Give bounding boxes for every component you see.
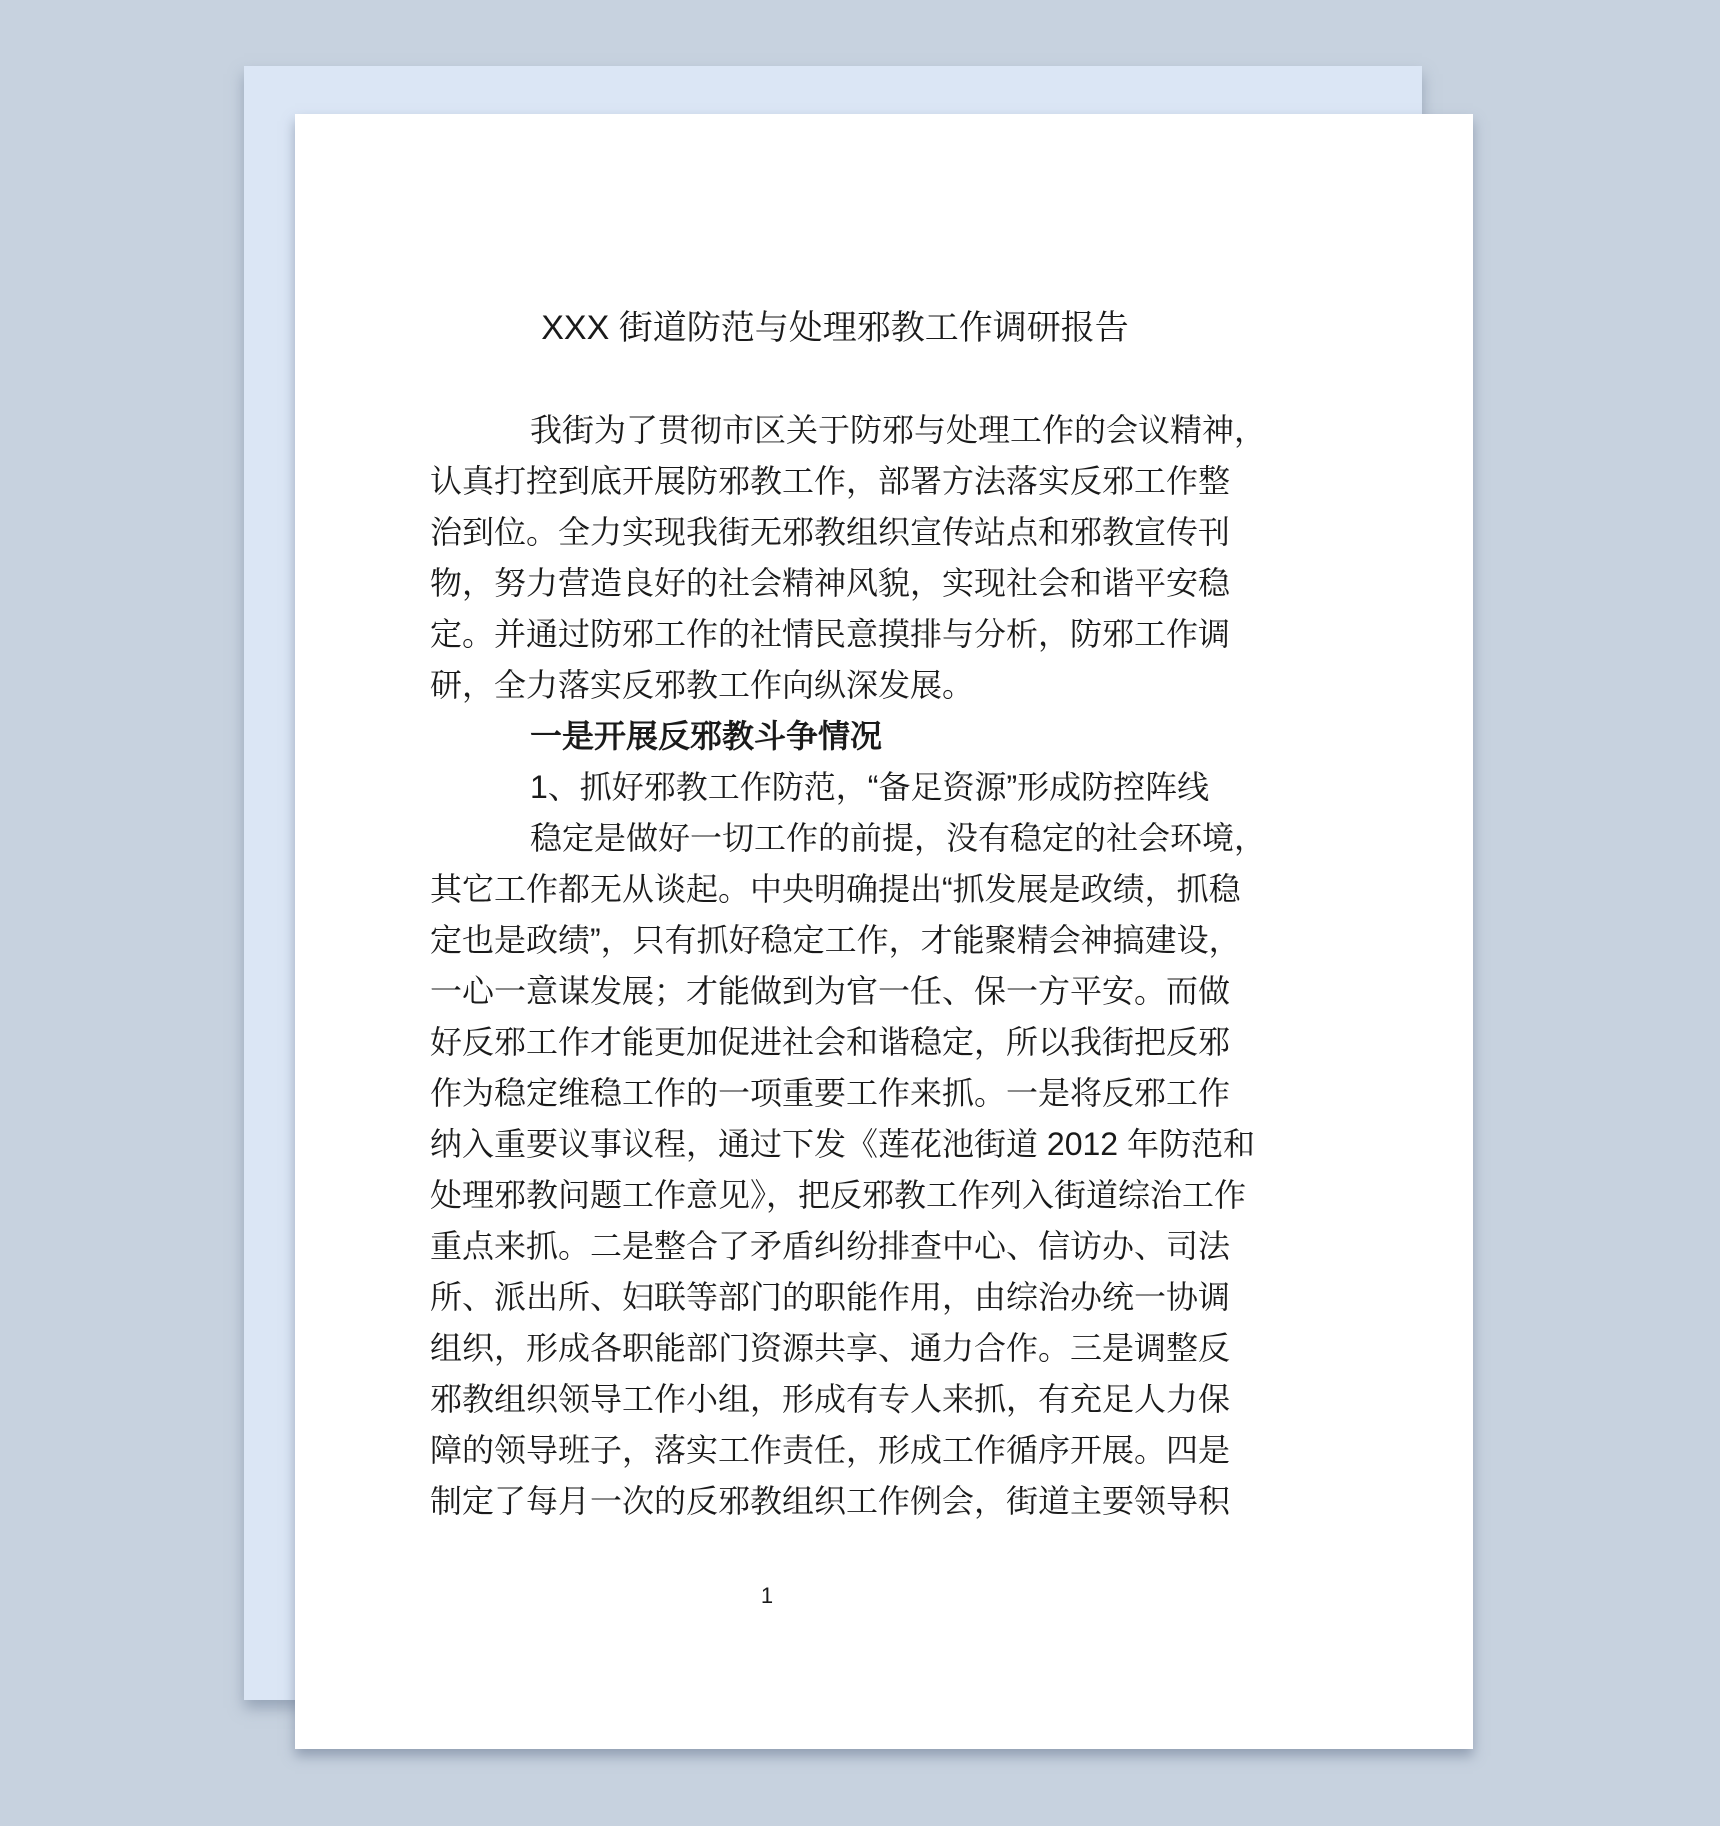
body-line: 制定了每月一次的反邪教组织工作例会，街道主要领导积 (430, 1476, 1240, 1527)
body-line: 处理邪教问题工作意见》，把反邪教工作列入街道综治工作 (430, 1170, 1240, 1221)
document-body: 我街为了贯彻市区关于防邪与处理工作的会议精神，认真打控到底开展防邪教工作，部署方… (430, 405, 1240, 1527)
heading-line: 一是开展反邪教斗争情况 (430, 711, 1240, 762)
body-line: 研，全力落实反邪教工作向纵深发展。 (430, 660, 1240, 711)
body-line: 认真打控到底开展防邪教工作，部署方法落实反邪工作整 (430, 456, 1240, 507)
body-line: 1、抓好邪教工作防范，“备足资源”形成防控阵线 (430, 762, 1240, 813)
body-line: 好反邪工作才能更加促进社会和谐稳定，所以我街把反邪 (430, 1017, 1240, 1068)
body-line: 重点来抓。二是整合了矛盾纠纷排查中心、信访办、司法 (430, 1221, 1240, 1272)
body-line: 所、派出所、妇联等部门的职能作用，由综治办统一协调 (430, 1272, 1240, 1323)
page-number: 1 (761, 1582, 773, 1610)
document-title: XXX 街道防范与处理邪教工作调研报告 (430, 303, 1240, 354)
body-line: 纳入重要议事议程，通过下发《莲花池街道 2012 年防范和 (430, 1119, 1240, 1170)
body-line: 组织，形成各职能部门资源共享、通力合作。三是调整反 (430, 1323, 1240, 1374)
body-line: 其它工作都无从谈起。中央明确提出“抓发展是政绩，抓稳 (430, 864, 1240, 915)
body-line: 定也是政绩”，只有抓好稳定工作，才能聚精会神搞建设， (430, 915, 1240, 966)
body-line: 治到位。全力实现我街无邪教组织宣传站点和邪教宣传刊 (430, 507, 1240, 558)
body-line: 定。并通过防邪工作的社情民意摸排与分析，防邪工作调 (430, 609, 1240, 660)
body-line: 稳定是做好一切工作的前提，没有稳定的社会环境， (430, 813, 1240, 864)
document-page: XXX 街道防范与处理邪教工作调研报告 我街为了贯彻市区关于防邪与处理工作的会议… (295, 114, 1473, 1749)
body-line: 作为稳定维稳工作的一项重要工作来抓。一是将反邪工作 (430, 1068, 1240, 1119)
document-content: XXX 街道防范与处理邪教工作调研报告 我街为了贯彻市区关于防邪与处理工作的会议… (430, 303, 1240, 1527)
body-line: 邪教组织领导工作小组，形成有专人来抓，有充足人力保 (430, 1374, 1240, 1425)
desktop-background: { "page": { "background_color": "#c7d2df… (0, 0, 1720, 1826)
body-line: 一心一意谋发展；才能做到为官一任、保一方平安。而做 (430, 966, 1240, 1017)
body-line: 我街为了贯彻市区关于防邪与处理工作的会议精神， (430, 405, 1240, 456)
body-line: 障的领导班子，落实工作责任，形成工作循序开展。四是 (430, 1425, 1240, 1476)
body-line: 物，努力营造良好的社会精神风貌，实现社会和谐平安稳 (430, 558, 1240, 609)
